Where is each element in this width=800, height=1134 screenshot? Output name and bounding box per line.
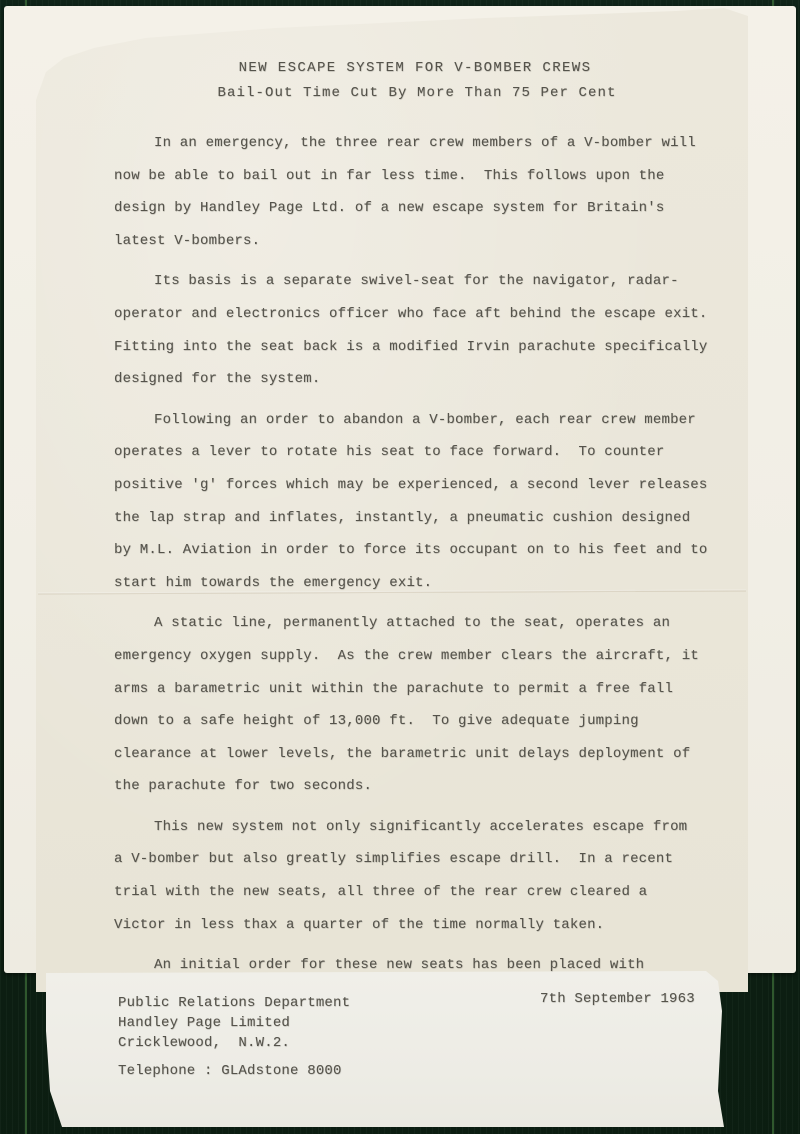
paragraph-2: Its basis is a separate swivel-seat for … <box>114 265 734 395</box>
document-title: NEW ESCAPE SYSTEM FOR V-BOMBER CREWS <box>114 60 716 76</box>
footer-content: Public Relations Department Handley Page… <box>46 971 724 1127</box>
document-body: In an emergency, the three rear crew mem… <box>114 127 734 1014</box>
paragraph-4: A static line, permanently attached to t… <box>114 607 734 803</box>
paragraph-5: This new system not only significantly a… <box>114 811 734 941</box>
paragraph-3: Following an order to abandon a V-bomber… <box>114 404 734 600</box>
press-release-content: NEW ESCAPE SYSTEM FOR V-BOMBER CREWS Bai… <box>36 8 748 1022</box>
telephone-line: Telephone : GLAdstone 8000 <box>118 1061 342 1081</box>
contact-address: Public Relations Department Handley Page… <box>118 993 350 1053</box>
paragraph-1: In an emergency, the three rear crew mem… <box>114 127 734 257</box>
document-subtitle: Bail-Out Time Cut By More Than 75 Per Ce… <box>114 85 720 101</box>
release-date: 7th September 1963 <box>540 991 695 1007</box>
